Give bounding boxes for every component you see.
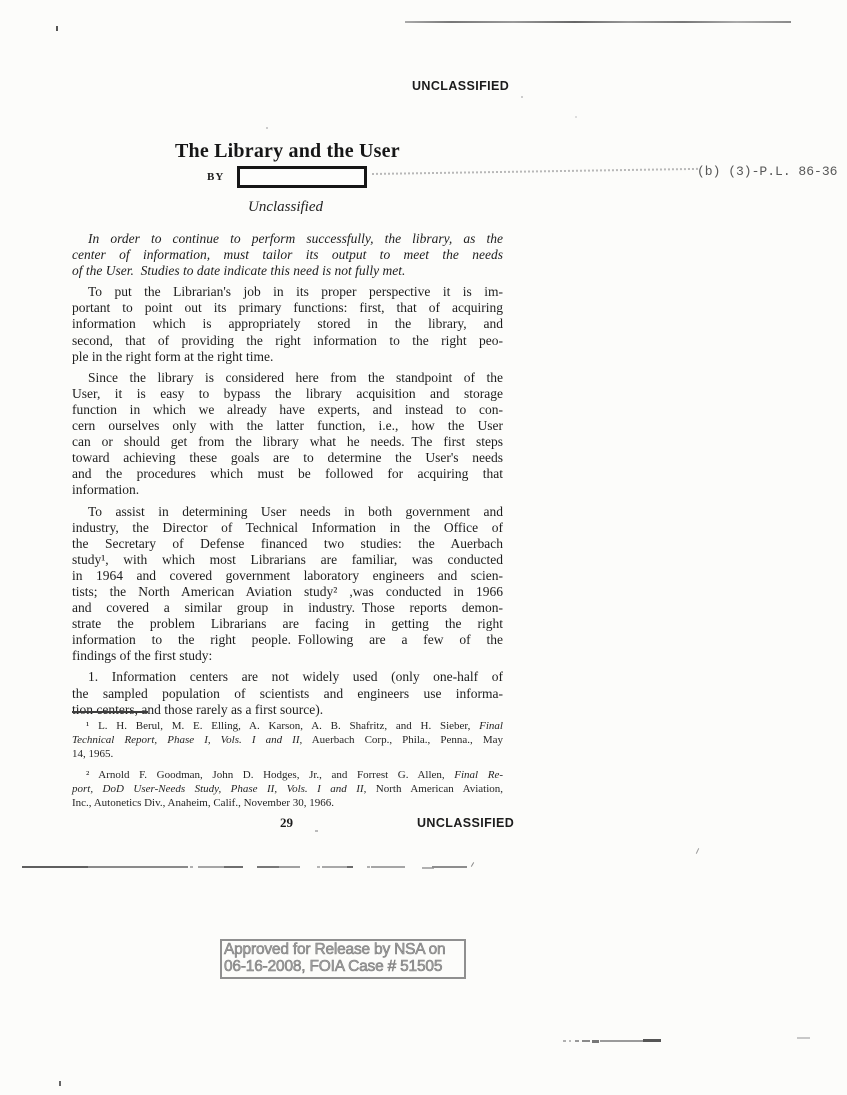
scan-artifact-top-line [405, 21, 791, 23]
scan-artifact-speck [575, 116, 577, 118]
text-line: can or should get from the library what … [72, 434, 503, 450]
redacted-author-box [237, 166, 367, 188]
scan-artifact-speck [56, 26, 58, 31]
text-line: study¹, with which most Librarians are f… [72, 552, 503, 568]
page-title: The Library and the User [175, 140, 400, 163]
scan-artifact-dash [592, 1040, 599, 1043]
text-line: in 1964 and covered government laborator… [72, 568, 503, 584]
text-line: the sampled population of scientists and… [72, 686, 503, 702]
scan-artifact-dash [569, 1040, 571, 1042]
scan-artifact-speck [59, 1081, 61, 1086]
text-line: industry, the Director of Technical Info… [72, 520, 503, 536]
text-line: tists; the North American Aviation study… [72, 584, 503, 600]
scan-artifact-dash [279, 866, 300, 868]
text-line: findings of the first study: [72, 648, 503, 664]
text-line: User, it is easy to bypass the library a… [72, 386, 503, 402]
text-line: cern ourselves only with the latter func… [72, 418, 503, 434]
scan-artifact-dash [257, 866, 279, 868]
stamp-line-2: 06-16-2008, FOIA Case # 51505 [224, 959, 462, 976]
page-number: 29 [280, 815, 293, 831]
scan-artifact-dash [88, 866, 188, 868]
scan-artifact-dash [797, 1037, 810, 1039]
text-line: information to the right people. Followi… [72, 632, 503, 648]
scan-artifact-speck [471, 862, 474, 867]
text-line: tion centers, and those rarely as a firs… [72, 702, 503, 718]
text-line: of the User. Studies to date indicate th… [72, 263, 503, 279]
scan-artifact-dash [224, 866, 243, 868]
text-line: strate the problem Librarians are facing… [72, 616, 503, 632]
scan-artifact-dash [371, 866, 405, 868]
footer-classification: UNCLASSIFIED [417, 816, 514, 830]
text-line: 14, 1965. [72, 747, 503, 761]
text-line: 1. Information centers are not widely us… [72, 669, 503, 685]
text-line: port, DoD User-Needs Study, Phase II, Vo… [72, 782, 503, 796]
scan-artifact-dash [322, 866, 347, 868]
text-line: Since the library is considered here fro… [72, 370, 503, 386]
scan-artifact-dash [643, 1039, 661, 1042]
text-line: ¹ L. H. Berul, M. E. Elling, A. Karson, … [72, 719, 503, 733]
scan-artifact-dash [600, 1040, 643, 1042]
scan-artifact-dash [432, 866, 467, 868]
footnote-rule [72, 711, 148, 713]
scan-artifact-speck [521, 96, 523, 98]
scan-artifact-dash [198, 866, 224, 868]
scan-artifact-dash [190, 866, 193, 868]
foia-exemption-note: (b) (3)-P.L. 86-36 [697, 164, 837, 179]
stamp-line-1: Approved for Release by NSA on [224, 942, 462, 959]
footnotes-section: ¹ L. H. Berul, M. E. Elling, A. Karson, … [72, 719, 503, 810]
scan-artifact-speck [696, 848, 699, 854]
scan-artifact-speck [315, 830, 318, 832]
text-line: and covered a similar group in industry.… [72, 600, 503, 616]
scan-artifact-dash [317, 866, 320, 868]
header-classification: UNCLASSIFIED [412, 79, 509, 93]
text-line: Technical Report, Phase I, Vols. I and I… [72, 733, 503, 747]
scan-artifact-dash [367, 866, 370, 868]
paragraph: In order to continue to perform successf… [72, 231, 503, 279]
text-line: Inc., Autonetics Div., Anaheim, Calif., … [72, 796, 503, 810]
text-line: In order to continue to perform successf… [72, 231, 503, 247]
paragraph: ² Arnold F. Goodman, John D. Hodges, Jr.… [72, 768, 503, 811]
text-line: To put the Librarian's job in its proper… [72, 284, 503, 300]
paragraph: To assist in determining User needs in b… [72, 504, 503, 665]
release-stamp: Approved for Release by NSA on 06-16-200… [220, 939, 466, 979]
scan-artifact-dash [575, 1040, 579, 1042]
scan-artifact-dash [582, 1040, 590, 1042]
text-line: toward achieving these goals are to dete… [72, 450, 503, 466]
text-line: and the procedures which must be followe… [72, 466, 503, 482]
paragraph: To put the Librarian's job in its proper… [72, 284, 503, 364]
text-line: ple in the right form at the right time. [72, 349, 503, 365]
scan-artifact-dash [563, 1040, 566, 1042]
text-line: function in which we already have expert… [72, 402, 503, 418]
text-line: information which is appropriately store… [72, 316, 503, 332]
text-line: portant to point out its primary functio… [72, 300, 503, 316]
classification-subtitle: Unclassified [248, 199, 323, 216]
scan-artifact-dash [22, 866, 88, 868]
text-line: To assist in determining User needs in b… [72, 504, 503, 520]
text-line: information. [72, 482, 503, 498]
byline-label: BY [207, 171, 224, 183]
scan-artifact-speck [266, 127, 268, 129]
text-line: center of information, must tailor its o… [72, 247, 503, 263]
leader-dotted-line [372, 168, 698, 175]
paragraph: Since the library is considered here fro… [72, 370, 503, 499]
paragraph: ¹ L. H. Berul, M. E. Elling, A. Karson, … [72, 719, 503, 762]
scanned-page: UNCLASSIFIED The Library and the User BY… [0, 0, 847, 1095]
text-line: second, that of providing the right info… [72, 333, 503, 349]
text-line: ² Arnold F. Goodman, John D. Hodges, Jr.… [72, 768, 503, 782]
article-body: In order to continue to perform successf… [72, 231, 503, 718]
scan-artifact-dash [347, 866, 353, 868]
text-line: the Secretary of Defense financed two st… [72, 536, 503, 552]
